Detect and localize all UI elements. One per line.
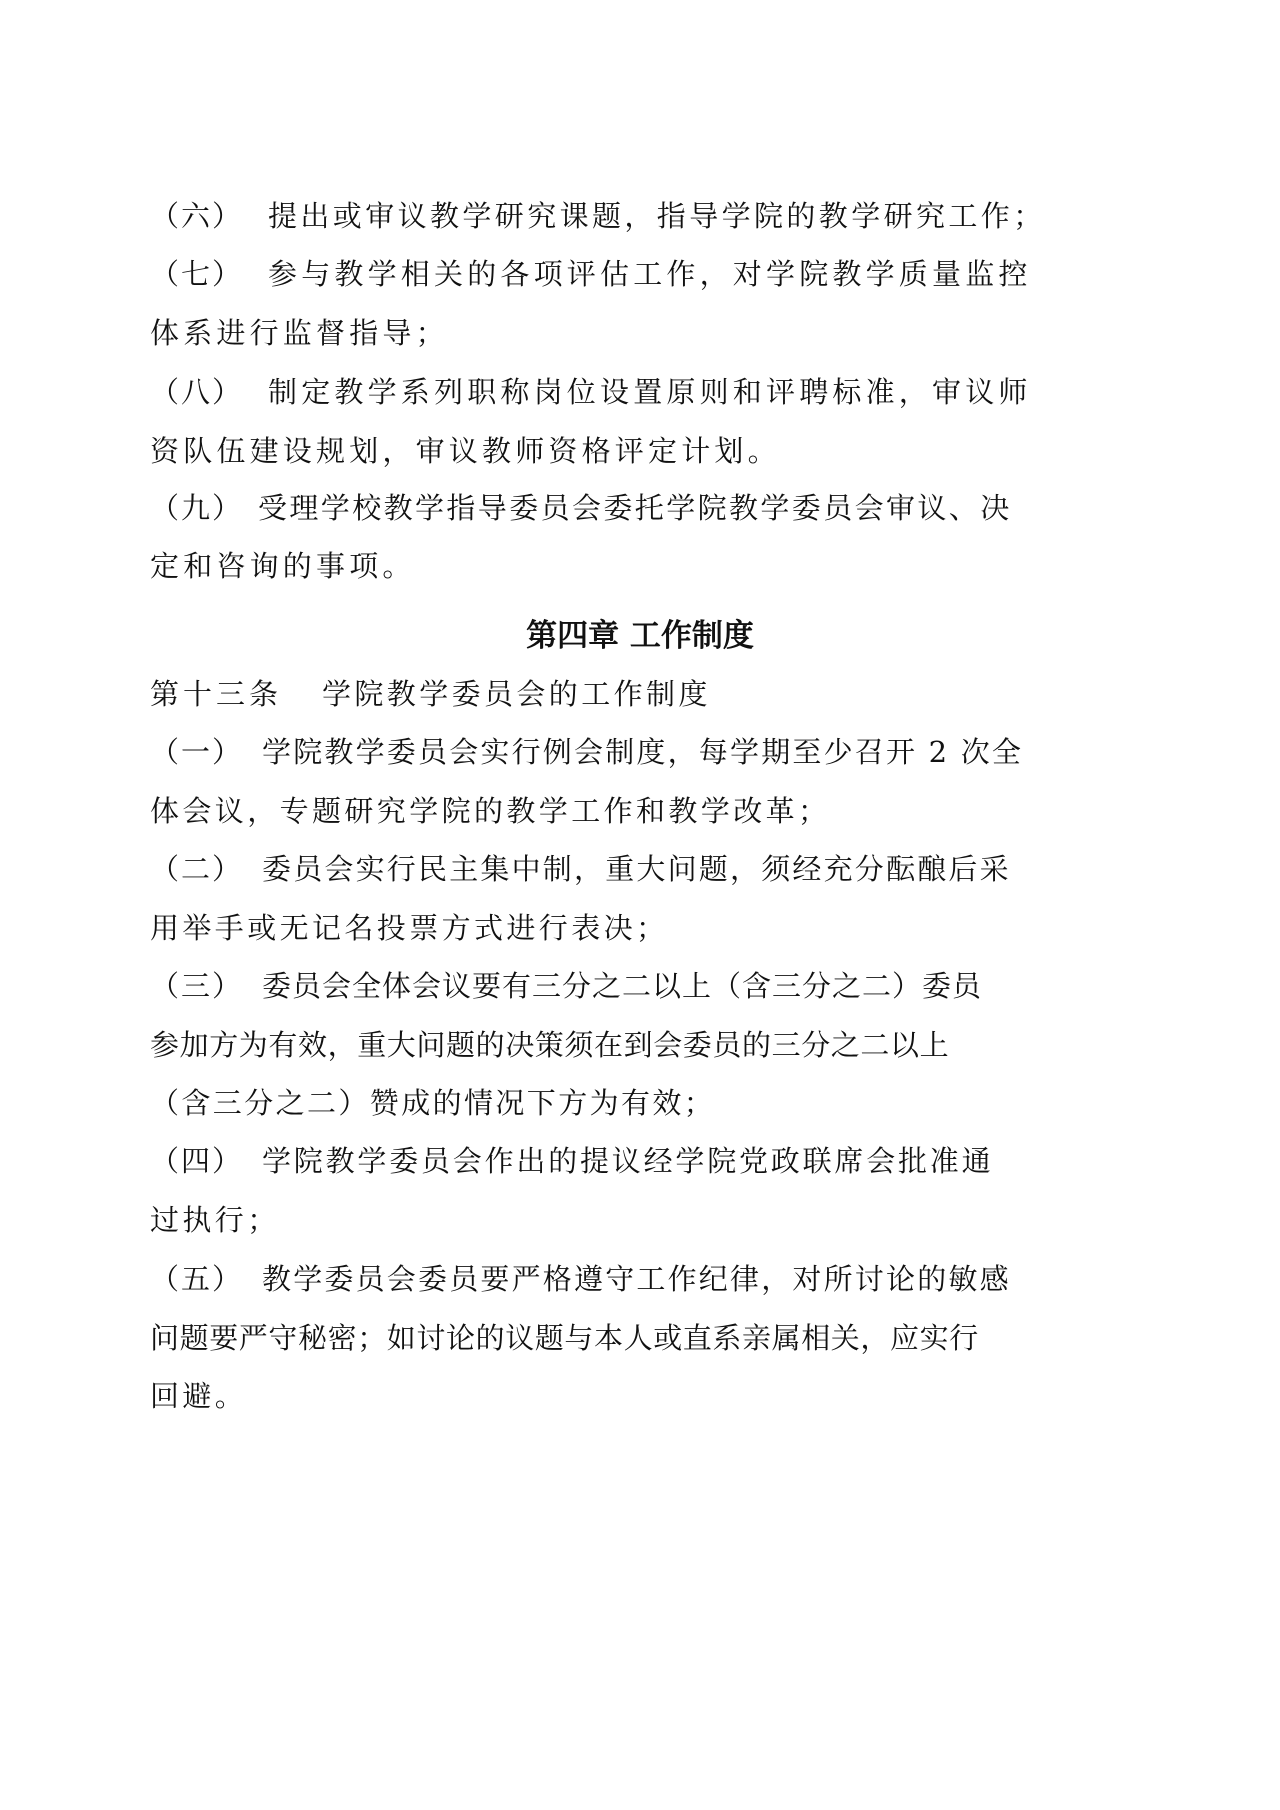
- rule-4-continuation: 过执行；: [150, 1202, 972, 1238]
- item-9: （九）受理学校教学指导委员会委托学院教学委员会审议、决: [150, 490, 972, 526]
- item-number: （二）: [150, 851, 262, 887]
- item-9-continuation: 定和咨询的事项。: [150, 548, 972, 584]
- rule-2: （二）委员会实行民主集中制，重大问题，须经充分酝酿后采: [150, 851, 972, 887]
- item-number: （九）: [150, 490, 258, 526]
- item-text: 定和咨询的事项。: [150, 549, 416, 583]
- item-number: （三）: [150, 968, 262, 1004]
- item-text: 委员会全体会议要有三分之二以上（含三分之二）委员: [262, 969, 982, 1003]
- rule-5-continuation-2: 回避。: [150, 1378, 972, 1414]
- item-text: 学院教学委员会实行例会制度，每学期至少召开 2 次全: [262, 735, 1023, 769]
- article-title: 学院教学委员会的工作制度: [322, 677, 711, 711]
- item-7-continuation: 体系进行监督指导；: [150, 315, 972, 351]
- item-text: 制定教学系列职称岗位设置原则和评聘标准，审议师: [268, 375, 1032, 409]
- rule-1-continuation: 体会议，专题研究学院的教学工作和教学改革；: [150, 793, 972, 829]
- article-label: 第十三条: [150, 676, 322, 712]
- item-8-continuation: 资队伍建设规划，审议教师资格评定计划。: [150, 433, 972, 469]
- item-7: （七）参与教学相关的各项评估工作，对学院教学质量监控: [150, 256, 972, 292]
- item-text: 资队伍建设规划，审议教师资格评定计划。: [150, 434, 781, 468]
- item-8: （八）制定教学系列职称岗位设置原则和评聘标准，审议师: [150, 374, 972, 410]
- rule-3-continuation: 参加方为有效，重大问题的决策须在到会委员的三分之二以上: [150, 1027, 972, 1063]
- item-text: 受理学校教学指导委员会委托学院教学委员会审议、决: [258, 491, 1012, 525]
- item-text: 委员会实行民主集中制，重大问题，须经充分酝酿后采: [262, 852, 1011, 886]
- rule-4: （四）学院教学委员会作出的提议经学院党政联席会批准通: [150, 1143, 972, 1179]
- item-6: （六）提出或审议教学研究课题，指导学院的教学研究工作；: [150, 198, 972, 234]
- item-text: 参与教学相关的各项评估工作，对学院教学质量监控: [268, 257, 1032, 291]
- rule-3-continuation-2: （含三分之二）赞成的情况下方为有效；: [150, 1085, 972, 1121]
- item-text: （含三分之二）赞成的情况下方为有效；: [150, 1086, 715, 1120]
- rule-3: （三）委员会全体会议要有三分之二以上（含三分之二）委员: [150, 968, 972, 1004]
- item-text: 体会议，专题研究学院的教学工作和教学改革；: [150, 794, 830, 828]
- item-number: （五）: [150, 1261, 262, 1297]
- item-text: 体系进行监督指导；: [150, 316, 449, 350]
- item-number: （八）: [150, 374, 268, 410]
- item-text: 问题要严守秘密；如讨论的议题与本人或直系亲属相关，应实行: [150, 1321, 979, 1355]
- document-page: （六）提出或审议教学研究课题，指导学院的教学研究工作； （七）参与教学相关的各项…: [0, 0, 1280, 1810]
- item-text: 用举手或无记名投票方式进行表决；: [150, 911, 668, 945]
- rule-2-continuation: 用举手或无记名投票方式进行表决；: [150, 910, 972, 946]
- item-text: 回避。: [150, 1379, 247, 1413]
- item-text: 过执行；: [150, 1203, 280, 1237]
- item-number: （六）: [150, 198, 268, 234]
- item-number: （七）: [150, 256, 268, 292]
- item-number: （四）: [150, 1143, 262, 1179]
- item-text: 学院教学委员会作出的提议经学院党政联席会批准通: [262, 1144, 993, 1178]
- article-13: 第十三条学院教学委员会的工作制度: [150, 676, 972, 712]
- item-text: 教学委员会委员要严格遵守工作纪律，对所讨论的敏感: [262, 1262, 1011, 1296]
- rule-5-continuation: 问题要严守秘密；如讨论的议题与本人或直系亲属相关，应实行: [150, 1320, 972, 1356]
- rule-1: （一）学院教学委员会实行例会制度，每学期至少召开 2 次全: [150, 734, 972, 770]
- chapter-heading: 第四章 工作制度: [0, 616, 1280, 656]
- item-text: 提出或审议教学研究课题，指导学院的教学研究工作；: [268, 199, 1046, 233]
- rule-5: （五）教学委员会委员要严格遵守工作纪律，对所讨论的敏感: [150, 1261, 972, 1297]
- item-text: 参加方为有效，重大问题的决策须在到会委员的三分之二以上: [150, 1028, 949, 1062]
- item-number: （一）: [150, 734, 262, 770]
